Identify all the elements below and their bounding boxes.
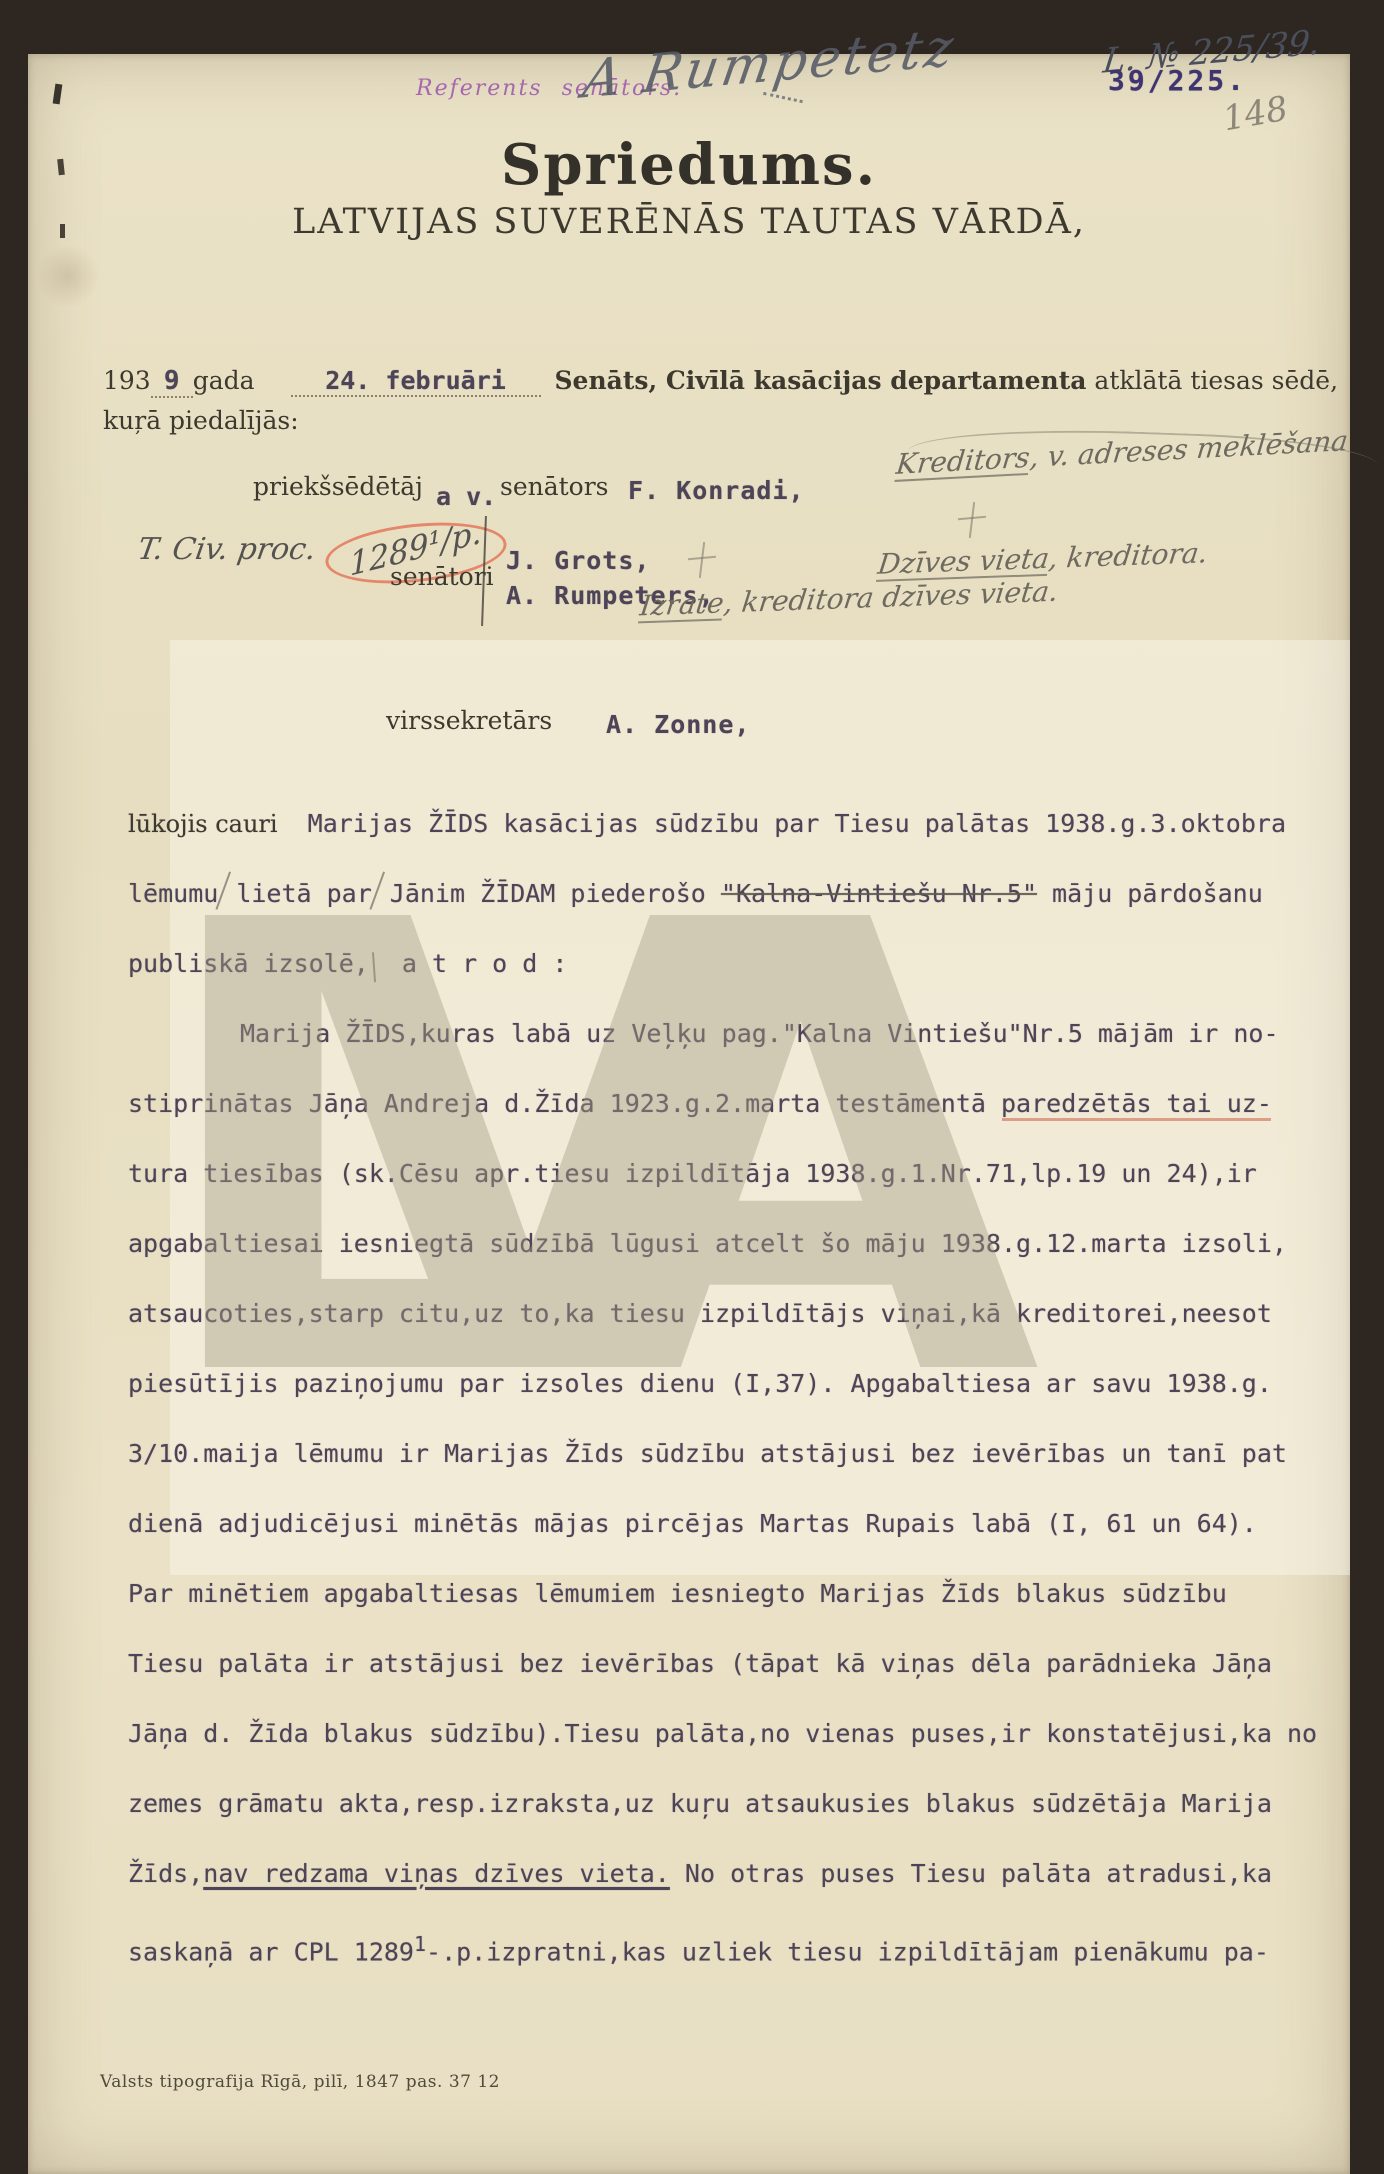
year-blank: 9 [151, 366, 193, 398]
text-line: apgabaltiesai iesniegtā sūdzībā lūgusi a… [128, 1209, 1338, 1279]
underlined-text: nav redzama viņas dzīves vieta. [203, 1859, 670, 1888]
pencil-insertion-mark [372, 952, 384, 983]
pencil-cross-mark [688, 542, 716, 578]
text-line: stiprinātas Jāņa Andreja d.Žīda 1923.g.2… [128, 1069, 1338, 1139]
struck-text: "Kalna-Vintiešu Nr.5" [721, 879, 1037, 908]
text-line: Tiesu palāta ir atstājusi bez ievērības … [128, 1629, 1338, 1699]
senator-signature: A Rumpetetz [579, 17, 960, 111]
text-line: dienā adjudicējusi minētās mājas pircēja… [128, 1489, 1338, 1559]
date-line: 1939gada 24. februāriSenāts, Civīlā kasā… [103, 366, 1338, 398]
text-line: zemes grāmatu akta,resp.izraksta,uz kuŗu… [128, 1769, 1338, 1839]
text-line: saskaņā ar CPL 12891-.p.izpratni,kas uzl… [128, 1909, 1338, 1979]
printed-gada: gada [193, 366, 255, 395]
chair-name: F. Konradi, [628, 476, 805, 505]
text-line: Žīds,nav redzama viņas dzīves vieta. No … [128, 1839, 1338, 1909]
judgment-text: lūkojis cauri Marijas ŽĪDS kasācijas sūd… [128, 789, 1338, 1979]
participants-label: kuŗā piedalījās: [103, 406, 299, 435]
text-line: tura tiesības (sk.Cēsu apr.tiesu izpildī… [128, 1139, 1338, 1209]
binding-mark [53, 84, 63, 105]
paper-stain [36, 244, 100, 308]
lukojis-label: lūkojis cauri [128, 810, 278, 838]
chair-typed-av: a v. [436, 482, 496, 511]
text-line: Par minētiem apgabaltiesas lēmumiem iesn… [128, 1559, 1338, 1629]
file-number-typed: 39/225. [1108, 64, 1247, 97]
court-name-bold: Senāts, Civīlā kasācijas departamenta [555, 366, 1087, 395]
red-underlined-text: paredzētās tai uz- [1001, 1089, 1272, 1118]
text-line: atsaucoties,starp citu,uz to,ka tiesu iz… [128, 1279, 1338, 1349]
date-blank: 24. februāri [291, 366, 541, 397]
text-line: piesūtījis paziņojumu par izsoles dienu … [128, 1349, 1338, 1419]
pencil-note-2: Dzīves vieta, kreditora. [878, 536, 1209, 580]
chair-senator-label: senātors [500, 472, 609, 501]
pencil-cross-mark [958, 502, 986, 538]
superscript-1: 1 [414, 1932, 426, 1956]
text-line: Marija ŽĪDS,kuras labā uz Veļķu pag."Kal… [128, 999, 1338, 1069]
text-line: lūkojis cauri Marijas ŽĪDS kasācijas sūd… [128, 789, 1338, 859]
secretary-name: A. Zonne, [606, 710, 750, 739]
senator-name-1: J. Grots, [506, 546, 650, 575]
typed-year: 9 [164, 366, 180, 396]
document-subtitle: LATVIJAS SUVERĒNĀS TAUTAS VĀRDĀ, [28, 202, 1350, 242]
secretary-label: virssekretārs [386, 706, 552, 735]
signature-flourish [763, 92, 803, 103]
senators-label: senātori [390, 562, 494, 591]
chair-label: priekšsēdētāj [253, 472, 423, 501]
printed-year-prefix: 193 [103, 366, 151, 395]
court-session-text: atklātā tiesas sēdē, [1086, 366, 1338, 395]
typed-date: 24. februāri [325, 366, 506, 395]
text-line: Jāņa d. Žīda blakus sūdzību).Tiesu palāt… [128, 1699, 1338, 1769]
text-line: lēmumulietā parJānim ŽĪDAM piederošo "Ka… [128, 859, 1338, 929]
text-line: publiskā izsolē, a t r o d : [128, 929, 1338, 999]
paper-sheet: L. № 225/39. 39/225. 148 Referents senāt… [28, 54, 1350, 2174]
document-title: Spriedums. [28, 132, 1350, 198]
document-scan: { "colors": { "background": "#2e2620", "… [0, 0, 1384, 2174]
text-line: 3/10.maija lēmumu ir Marijas Žīds sūdzīb… [128, 1419, 1338, 1489]
printer-imprint: Valsts tipografija Rīgā, pilī, 1847 pas.… [100, 2072, 500, 2092]
